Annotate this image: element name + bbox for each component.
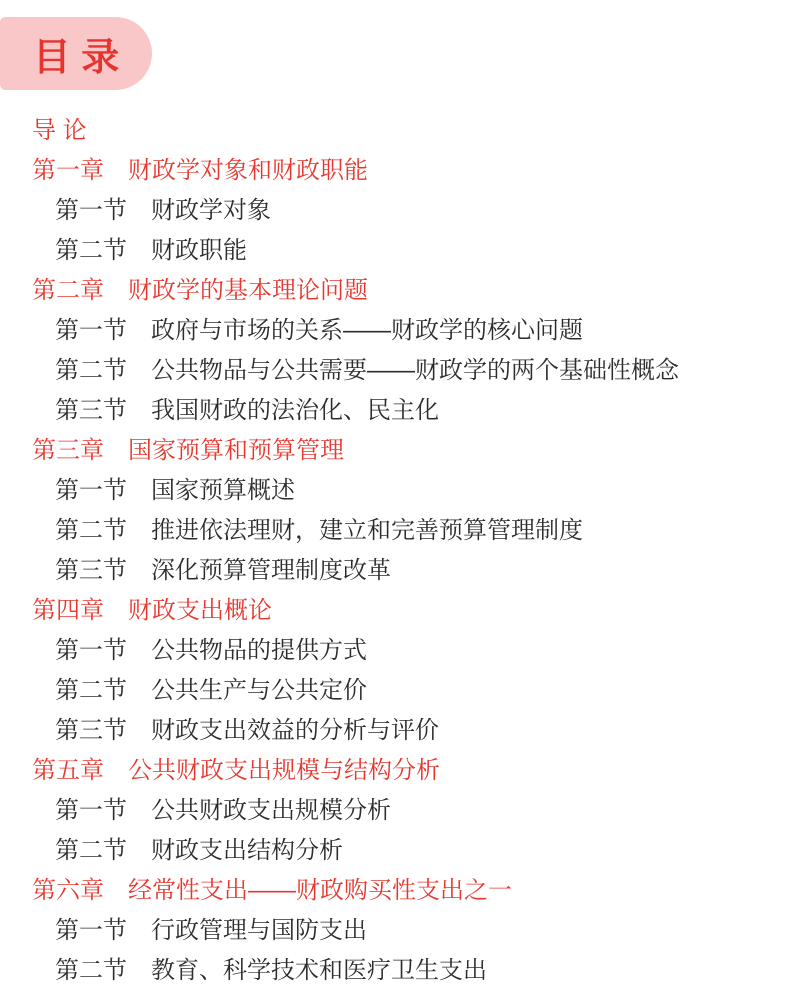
toc-section-item: 第二节教育、科学技术和医疗卫生支出 (0, 951, 790, 991)
toc-item-number: 第六章 (32, 877, 104, 904)
toc-badge: 目 录 (0, 17, 152, 90)
toc-item-title: 公共财政支出规模分析 (151, 797, 391, 824)
toc-item-number: 第二节 (55, 837, 127, 864)
toc-item-number: 第三节 (55, 557, 127, 584)
toc-item-number: 第三节 (55, 717, 127, 744)
toc-section-item: 第二节公共物品与公共需要——财政学的两个基础性概念 (0, 351, 790, 391)
toc-chapter-item: 第五章公共财政支出规模与结构分析 (0, 751, 790, 791)
toc-chapter-item: 第四章财政支出概论 (0, 591, 790, 631)
toc-item-number: 第二节 (55, 237, 127, 264)
toc-item-number: 第二章 (32, 277, 104, 304)
toc-section-item: 第一节财政学对象 (0, 191, 790, 231)
toc-section-item: 第一节公共物品的提供方式 (0, 631, 790, 671)
toc-item-number: 第一节 (55, 317, 127, 344)
toc-item-number: 第二节 (55, 957, 127, 984)
toc-item-number: 第三节 (55, 397, 127, 424)
toc-section-item: 第三节深化预算管理制度改革 (0, 551, 790, 591)
toc-chapter-item: 导 论 (0, 111, 790, 151)
toc-item-title: 行政管理与国防支出 (151, 917, 367, 944)
toc-section-item: 第一节政府与市场的关系——财政学的核心问题 (0, 311, 790, 351)
toc-chapter-item: 第一章财政学对象和财政职能 (0, 151, 790, 191)
toc-item-title: 教育、科学技术和医疗卫生支出 (151, 957, 487, 984)
toc-chapter-item: 第二章财政学的基本理论问题 (0, 271, 790, 311)
toc-item-title: 经常性支出——财政购买性支出之一 (128, 877, 512, 904)
toc-item-title: 政府与市场的关系——财政学的核心问题 (151, 317, 583, 344)
toc-item-number: 第二节 (55, 677, 127, 704)
toc-item-title: 我国财政的法治化、民主化 (151, 397, 439, 424)
toc-item-title: 财政支出效益的分析与评价 (151, 717, 439, 744)
toc-chapter-item: 第六章经常性支出——财政购买性支出之一 (0, 871, 790, 911)
toc-section-item: 第三节财政支出效益的分析与评价 (0, 711, 790, 751)
toc-item-number: 第三章 (32, 437, 104, 464)
toc-item-number: 第四章 (32, 597, 104, 624)
toc-chapter-item: 第三章国家预算和预算管理 (0, 431, 790, 471)
toc-item-number: 第二节 (55, 357, 127, 384)
toc-item-title: 推进依法理财，建立和完善预算管理制度 (151, 517, 583, 544)
toc-item-title: 国家预算概述 (151, 477, 295, 504)
toc-item-title: 国家预算和预算管理 (128, 437, 344, 464)
toc-item-title: 公共物品的提供方式 (151, 637, 367, 664)
toc-item-number: 第五章 (32, 757, 104, 784)
toc-item-title: 财政支出概论 (128, 597, 272, 624)
toc-item-title: 公共物品与公共需要——财政学的两个基础性概念 (151, 357, 679, 384)
toc-section-item: 第二节财政支出结构分析 (0, 831, 790, 871)
toc-section-item: 第二节公共生产与公共定价 (0, 671, 790, 711)
toc-section-item: 第二节财政职能 (0, 231, 790, 271)
toc-section-item: 第二节推进依法理财，建立和完善预算管理制度 (0, 511, 790, 551)
toc-list: 导 论 第一章财政学对象和财政职能 第一节财政学对象 第二节财政职能 第二章财政… (0, 111, 790, 991)
toc-item-title: 财政支出结构分析 (151, 837, 343, 864)
toc-section-item: 第一节公共财政支出规模分析 (0, 791, 790, 831)
toc-item-number: 第一节 (55, 917, 127, 944)
toc-item-number: 第一章 (32, 157, 104, 184)
toc-item-title: 深化预算管理制度改革 (151, 557, 391, 584)
toc-badge-label: 目 录 (33, 26, 120, 81)
toc-item-title: 财政职能 (151, 237, 247, 264)
toc-item-title: 公共财政支出规模与结构分析 (128, 757, 440, 784)
toc-item-number: 第一节 (55, 477, 127, 504)
toc-item-title: 财政学的基本理论问题 (128, 277, 368, 304)
toc-section-item: 第一节国家预算概述 (0, 471, 790, 511)
toc-item-title: 财政学对象和财政职能 (128, 157, 368, 184)
toc-item-title: 公共生产与公共定价 (151, 677, 367, 704)
toc-item-number: 导 论 (32, 117, 87, 144)
toc-item-number: 第一节 (55, 197, 127, 224)
toc-item-title: 财政学对象 (151, 197, 271, 224)
toc-item-number: 第一节 (55, 637, 127, 664)
toc-section-item: 第一节行政管理与国防支出 (0, 911, 790, 951)
toc-item-number: 第二节 (55, 517, 127, 544)
toc-item-number: 第一节 (55, 797, 127, 824)
toc-section-item: 第三节我国财政的法治化、民主化 (0, 391, 790, 431)
